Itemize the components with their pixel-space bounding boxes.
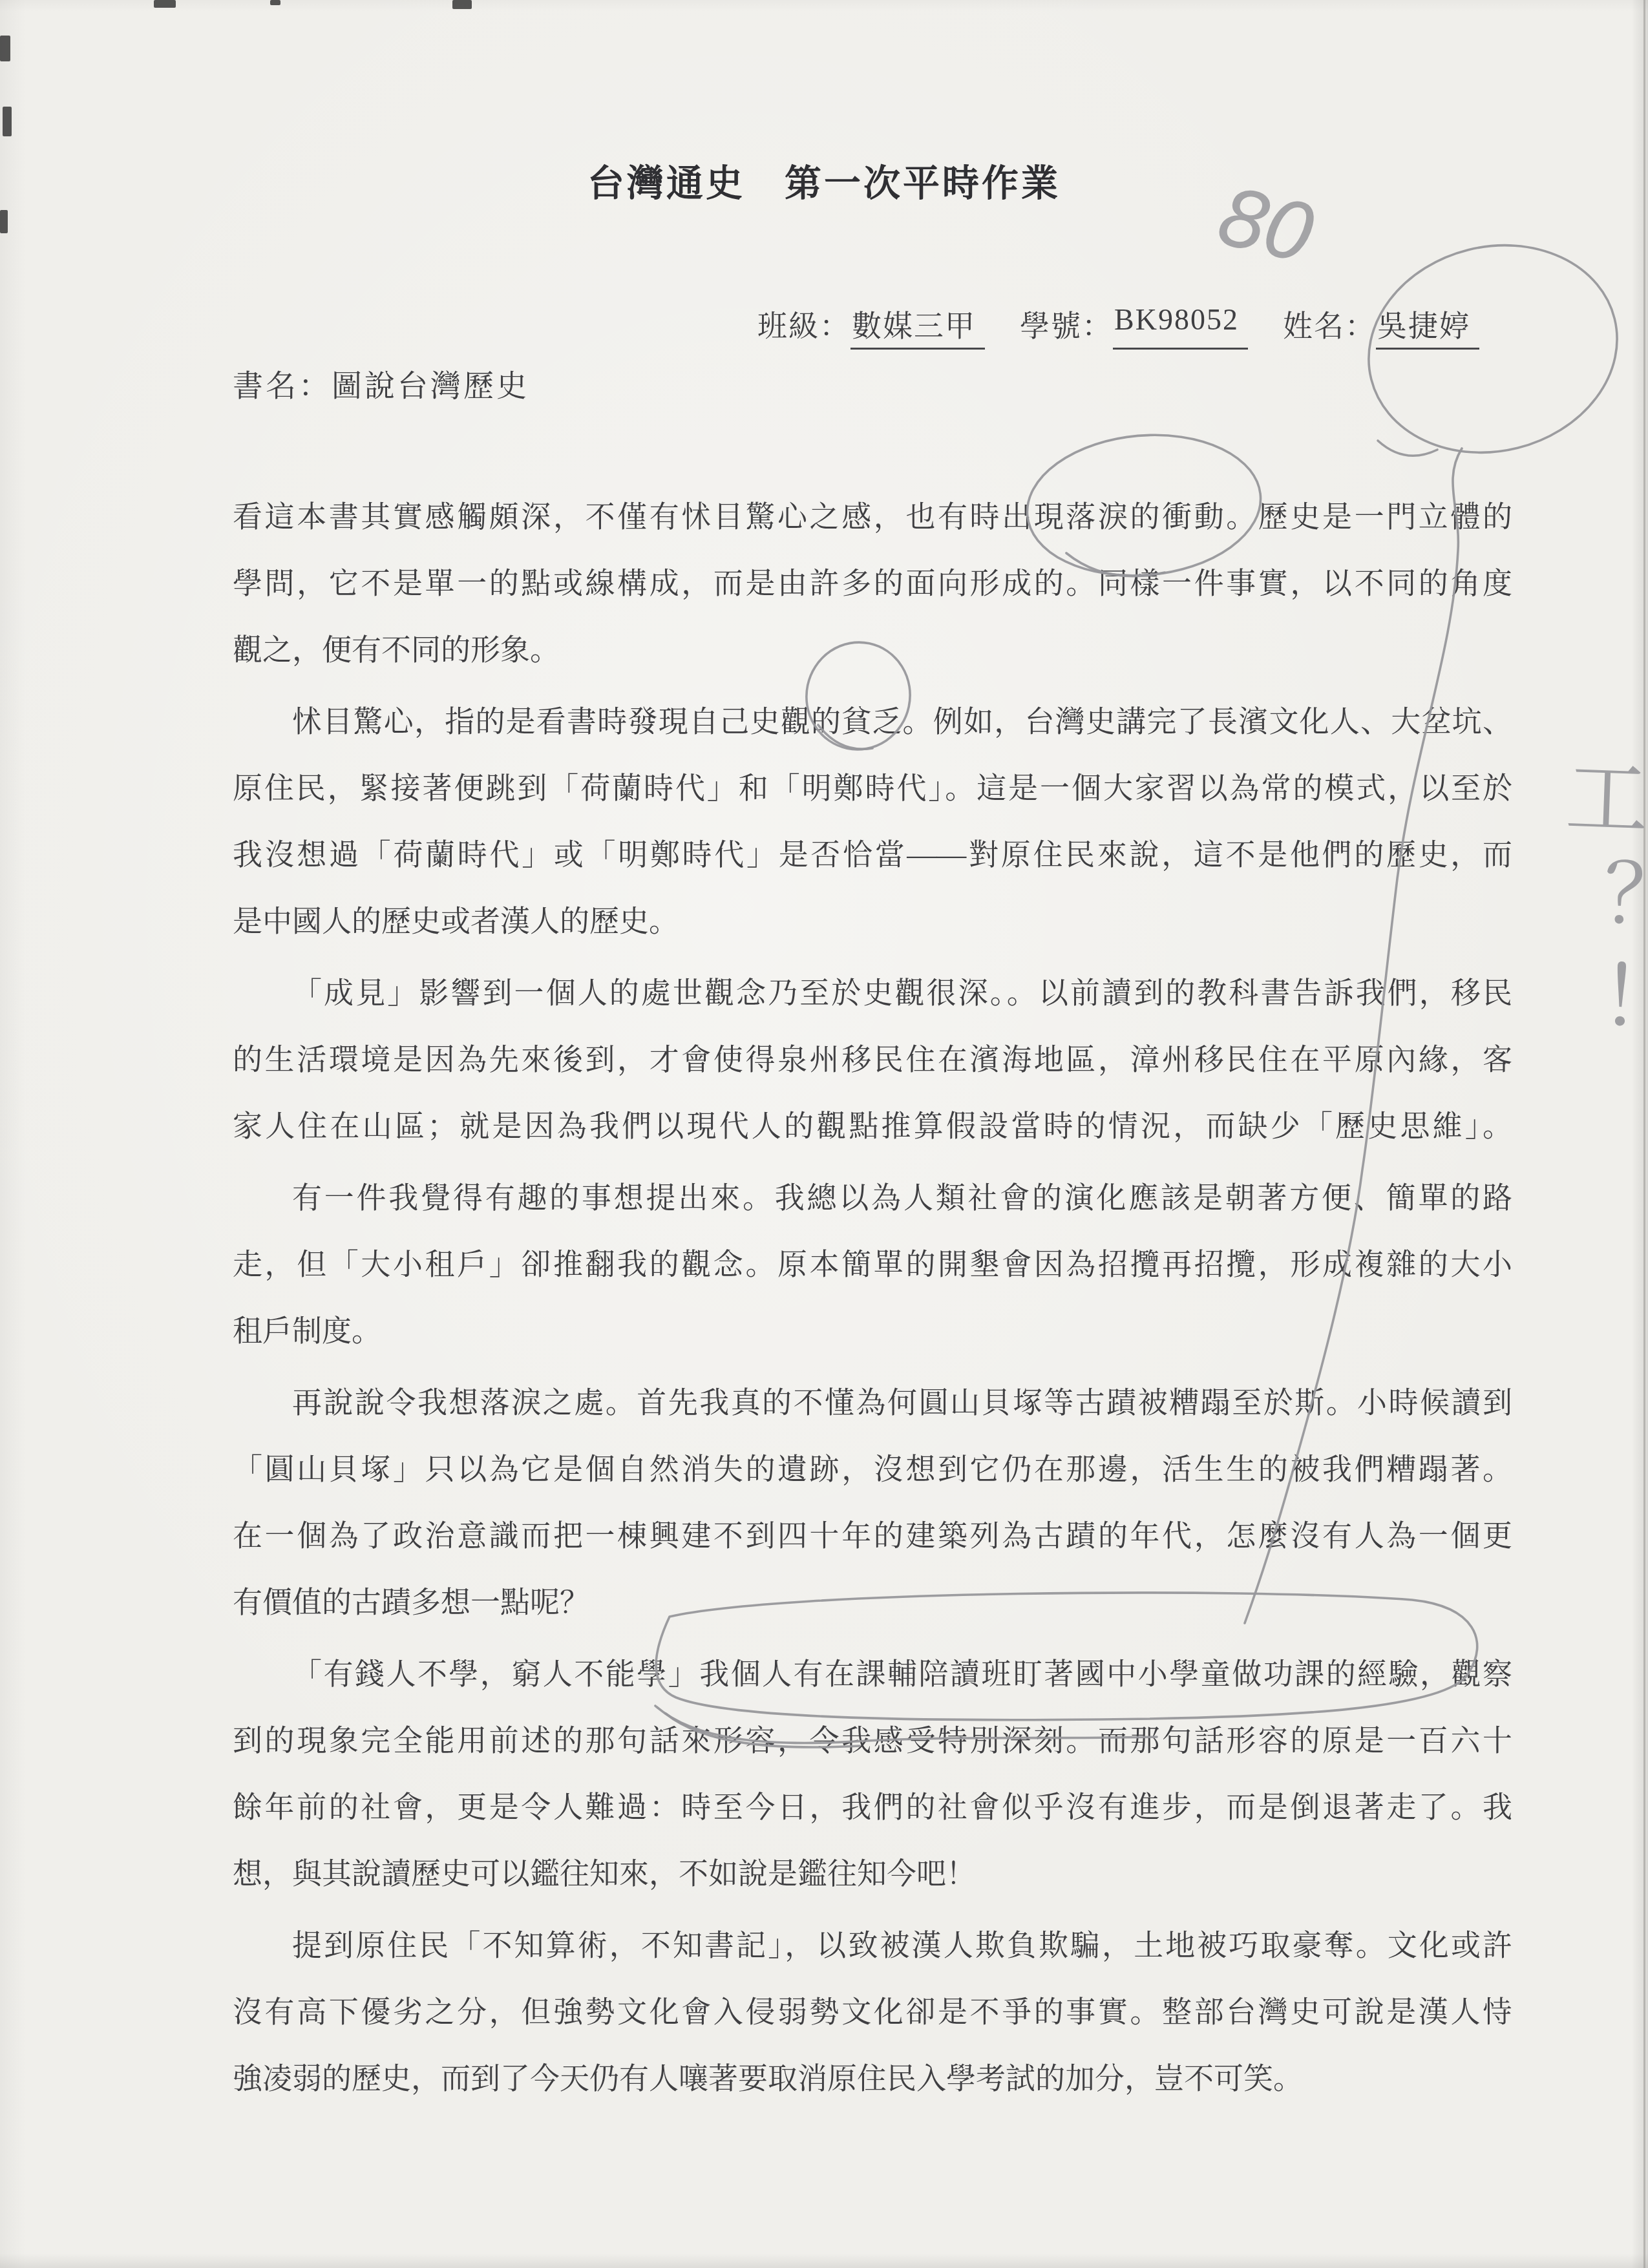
name-circle bbox=[1347, 220, 1640, 478]
name-circle-tail bbox=[1245, 448, 1462, 1623]
phrase-circle-tears bbox=[1021, 426, 1266, 585]
phrase-circle-poverty bbox=[796, 633, 920, 759]
phrase-circle-poverty-doubled bbox=[818, 725, 872, 749]
phrase-oval-experience bbox=[656, 1593, 1477, 1720]
phrase-circle-tears-doubled bbox=[1066, 553, 1165, 576]
pencil-annotations bbox=[0, 0, 1648, 2268]
phrase-underline-wave bbox=[655, 1706, 1157, 1743]
